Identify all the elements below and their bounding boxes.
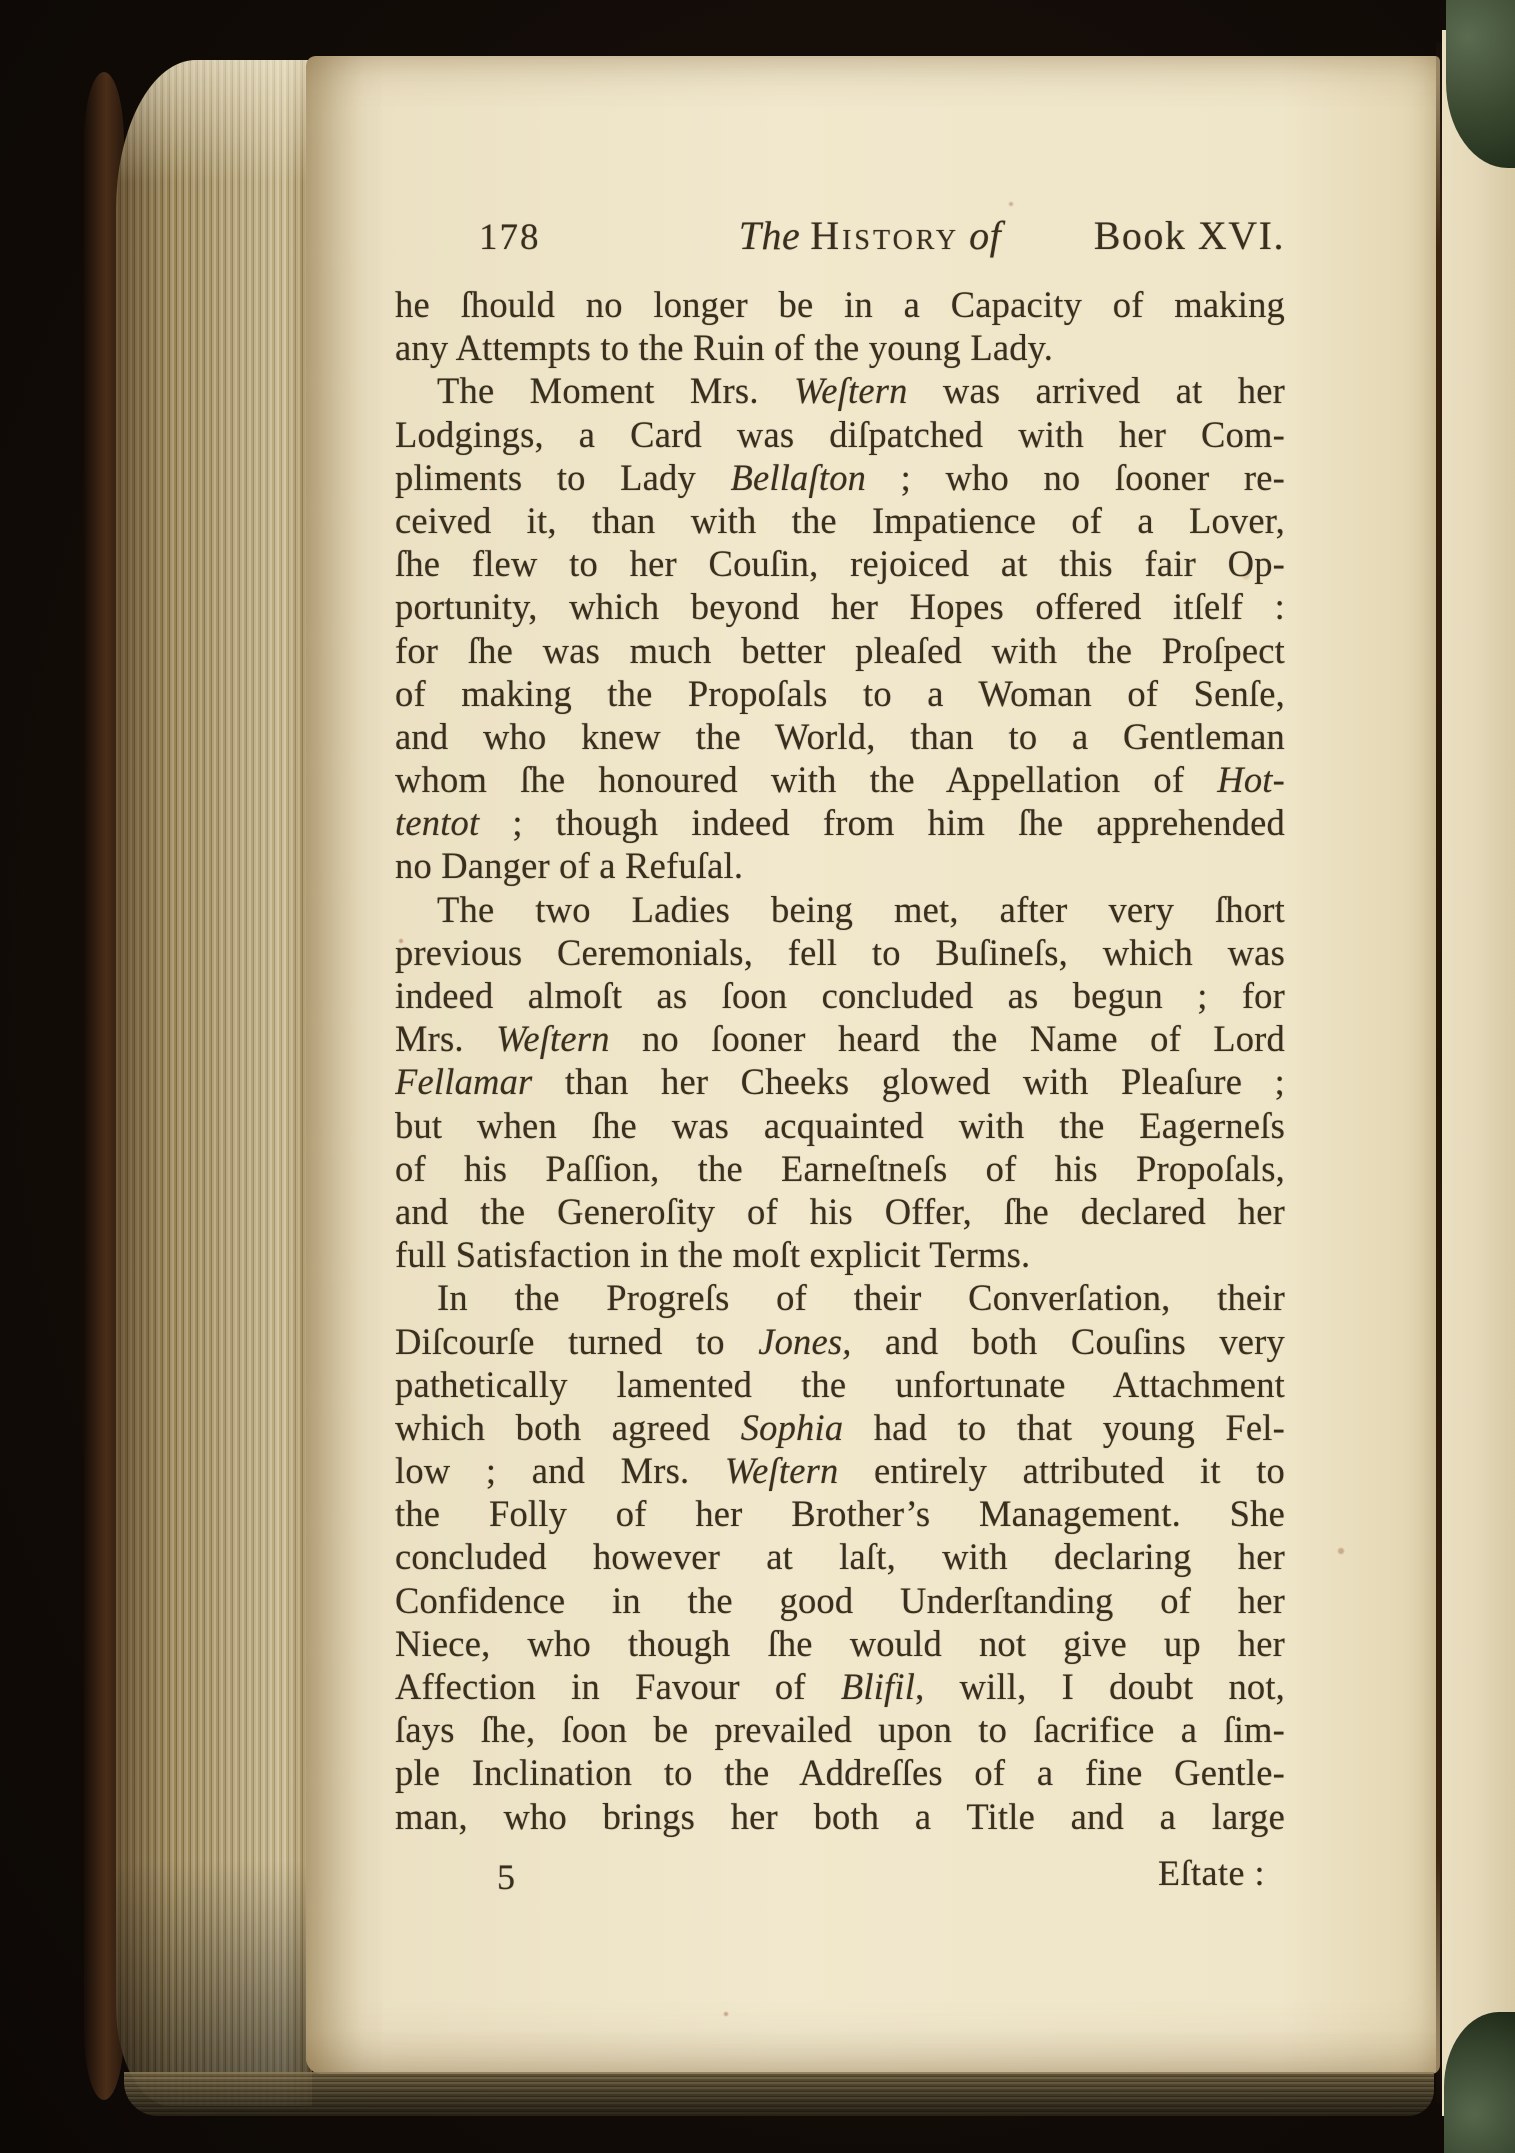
text-line: low ; and Mrs. Weſtern entirely attribut… [395,1449,1285,1492]
signature-mark: 5 [497,1856,515,1898]
italic-text: Bellaſton [730,457,866,498]
text-line: man, who brings her both a Title and a l… [395,1795,1285,1838]
body-text-segment: ceived it, than with the Impatience of a… [395,500,1285,541]
italic-text: Weſtern [496,1018,610,1059]
body-text-segment: but when ſhe was acquainted with the Eag… [395,1105,1285,1146]
running-title-history: History [810,213,959,258]
body-text-segment: In the Progreſs of their Converſation, t… [437,1277,1285,1318]
body-text-segment: ſays ſhe, ſoon be prevailed upon to ſacr… [395,1709,1285,1750]
body-text-segment: ſhe flew to her Couſin, rejoiced at this… [395,543,1285,584]
text-line: which both agreed Sophia had to that you… [395,1406,1285,1449]
text-line: pliments to Lady Bellaſton ; who no ſoon… [395,456,1285,499]
body-text-segment: the Folly of her Brother’s Management. S… [395,1493,1285,1534]
body-text: he ſhould no longer be in a Capacity of … [395,283,1285,1838]
body-text-segment: ; who no ſooner re- [866,457,1285,498]
body-text-segment: and who knew the World, than to a Gentle… [395,716,1285,757]
body-text-segment: indeed almoſt as ſoon concluded as begun… [395,975,1285,1016]
text-line: pathetically lamented the unfortunate At… [395,1363,1285,1406]
body-text-segment: Diſcourſe turned to [395,1321,758,1362]
body-text-segment: had to that young Fel- [843,1407,1285,1448]
text-line: Affection in Favour of Blifil, will, I d… [395,1665,1285,1708]
body-text-segment: full Satisfaction in the moſt explicit T… [395,1234,1030,1275]
text-line: In the Progreſs of their Converſation, t… [395,1276,1285,1319]
running-title-of: of [969,213,1001,258]
body-text-segment: Mrs. [395,1018,496,1059]
italic-text: Fellamar [395,1061,532,1102]
text-line: any Attempts to the Ruin of the young La… [395,326,1285,369]
body-text-segment: concluded however at laſt, with declarin… [395,1536,1285,1577]
text-line: tentot ; though indeed from him ſhe appr… [395,801,1285,844]
italic-text: Jones, [758,1321,851,1362]
body-text-segment: pliments to Lady [395,457,730,498]
text-line: Lodgings, a Card was diſpatched with her… [395,413,1285,456]
body-text-segment: The two Ladies being met, after very ſho… [437,889,1285,930]
body-text-segment: Lodgings, a Card was diſpatched with her… [395,414,1285,455]
text-line: ceived it, than with the Impatience of a… [395,499,1285,542]
body-text-segment: Confidence in the good Underſtanding of … [395,1580,1285,1621]
text-line: Niece, who though ſhe would not give up … [395,1622,1285,1665]
text-line: Mrs. Weſtern no ſooner heard the Name of… [395,1017,1285,1060]
body-text-segment: entirely attributed it to [838,1450,1285,1491]
body-text-segment: no ſooner heard the Name of Lord [610,1018,1285,1059]
body-text-segment: The Moment Mrs. [437,370,794,411]
text-line: the Folly of her Brother’s Management. S… [395,1492,1285,1535]
running-title-the: The [739,213,801,258]
body-text-segment: which both agreed [395,1407,741,1448]
italic-text: Hot- [1217,759,1285,800]
italic-text: Weſtern [794,370,908,411]
text-line: The Moment Mrs. Weſtern was arrived at h… [395,369,1285,412]
page-stack-bottom-edge [124,2072,1434,2116]
body-text-segment: any Attempts to the Ruin of the young La… [395,327,1053,368]
body-text-segment: whom ſhe honoured with the Appellation o… [395,759,1217,800]
text-line: and who knew the World, than to a Gentle… [395,715,1285,758]
text-line: portunity, which beyond her Hopes offere… [395,585,1285,628]
text-line: previous Ceremonials, fell to Buſineſs, … [395,931,1285,974]
body-text-segment: of making the Propoſals to a Woman of Se… [395,673,1285,714]
running-header: 178 The History of Book XVI. [395,212,1285,264]
text-line: whom ſhe honoured with the Appellation o… [395,758,1285,801]
italic-text: Blifil [841,1666,915,1707]
body-text-segment: Niece, who though ſhe would not give up … [395,1623,1285,1664]
facing-page-edge [1442,30,1515,2116]
body-text-segment: man, who brings her both a Title and a l… [395,1796,1285,1837]
catchword: Eſtate : [1158,1852,1265,1894]
body-text-segment: Affection in Favour of [395,1666,841,1707]
italic-text: Weſtern [725,1450,839,1491]
running-title: The History of [680,212,1060,259]
text-line: of making the Propoſals to a Woman of Se… [395,672,1285,715]
page-number: 178 [479,216,541,259]
body-text-segment: low ; and Mrs. [395,1450,725,1491]
italic-text: Sophia [741,1407,844,1448]
body-text-segment: no Danger of a Refuſal. [395,845,743,886]
body-text-segment: , will, I doubt not, [915,1666,1285,1707]
body-text-segment: than her Cheeks glowed with Pleaſure ; [532,1061,1285,1102]
text-line: no Danger of a Refuſal. [395,844,1285,887]
text-line: of his Paſſion, the Earneſtneſs of his P… [395,1147,1285,1190]
text-line: but when ſhe was acquainted with the Eag… [395,1104,1285,1147]
text-line: ſays ſhe, ſoon be prevailed upon to ſacr… [395,1708,1285,1751]
text-line: Fellamar than her Cheeks glowed with Ple… [395,1060,1285,1103]
text-line: The two Ladies being met, after very ſho… [395,888,1285,931]
body-text-segment: he ſhould no longer be in a Capacity of … [395,284,1285,325]
body-text-segment: was arrived at her [908,370,1285,411]
italic-text: tentot [395,802,479,843]
text-line: Confidence in the good Underſtanding of … [395,1579,1285,1622]
page-stack-fore-edge [116,60,312,2106]
body-text-segment: pathetically lamented the unfortunate At… [395,1364,1285,1405]
text-line: ple Inclination to the Addreſſes of a fi… [395,1751,1285,1794]
body-text-segment: for ſhe was much better pleaſed with the… [395,630,1285,671]
body-text-segment: and both Couſins very [852,1321,1285,1362]
text-line: for ſhe was much better pleaſed with the… [395,629,1285,672]
text-line: and the Generoſity of his Offer, ſhe dec… [395,1190,1285,1233]
body-text-segment: ple Inclination to the Addreſſes of a fi… [395,1752,1285,1793]
body-text-segment: of his Paſſion, the Earneſtneſs of his P… [395,1148,1285,1189]
body-text-segment: and the Generoſity of his Offer, ſhe dec… [395,1191,1285,1232]
body-text-segment: portunity, which beyond her Hopes offere… [395,586,1285,627]
body-text-segment: ; though indeed from him ſhe apprehended [479,802,1285,843]
text-line: Diſcourſe turned to Jones, and both Couſ… [395,1320,1285,1363]
book-scan: 178 The History of Book XVI. he ſhould n… [0,0,1515,2153]
text-line: concluded however at laſt, with declarin… [395,1535,1285,1578]
text-line: indeed almoſt as ſoon concluded as begun… [395,974,1285,1017]
book-number: Book XVI. [1094,212,1285,259]
text-line: ſhe flew to her Couſin, rejoiced at this… [395,542,1285,585]
text-line: full Satisfaction in the moſt explicit T… [395,1233,1285,1276]
text-line: he ſhould no longer be in a Capacity of … [395,283,1285,326]
body-text-segment: previous Ceremonials, fell to Buſineſs, … [395,932,1285,973]
